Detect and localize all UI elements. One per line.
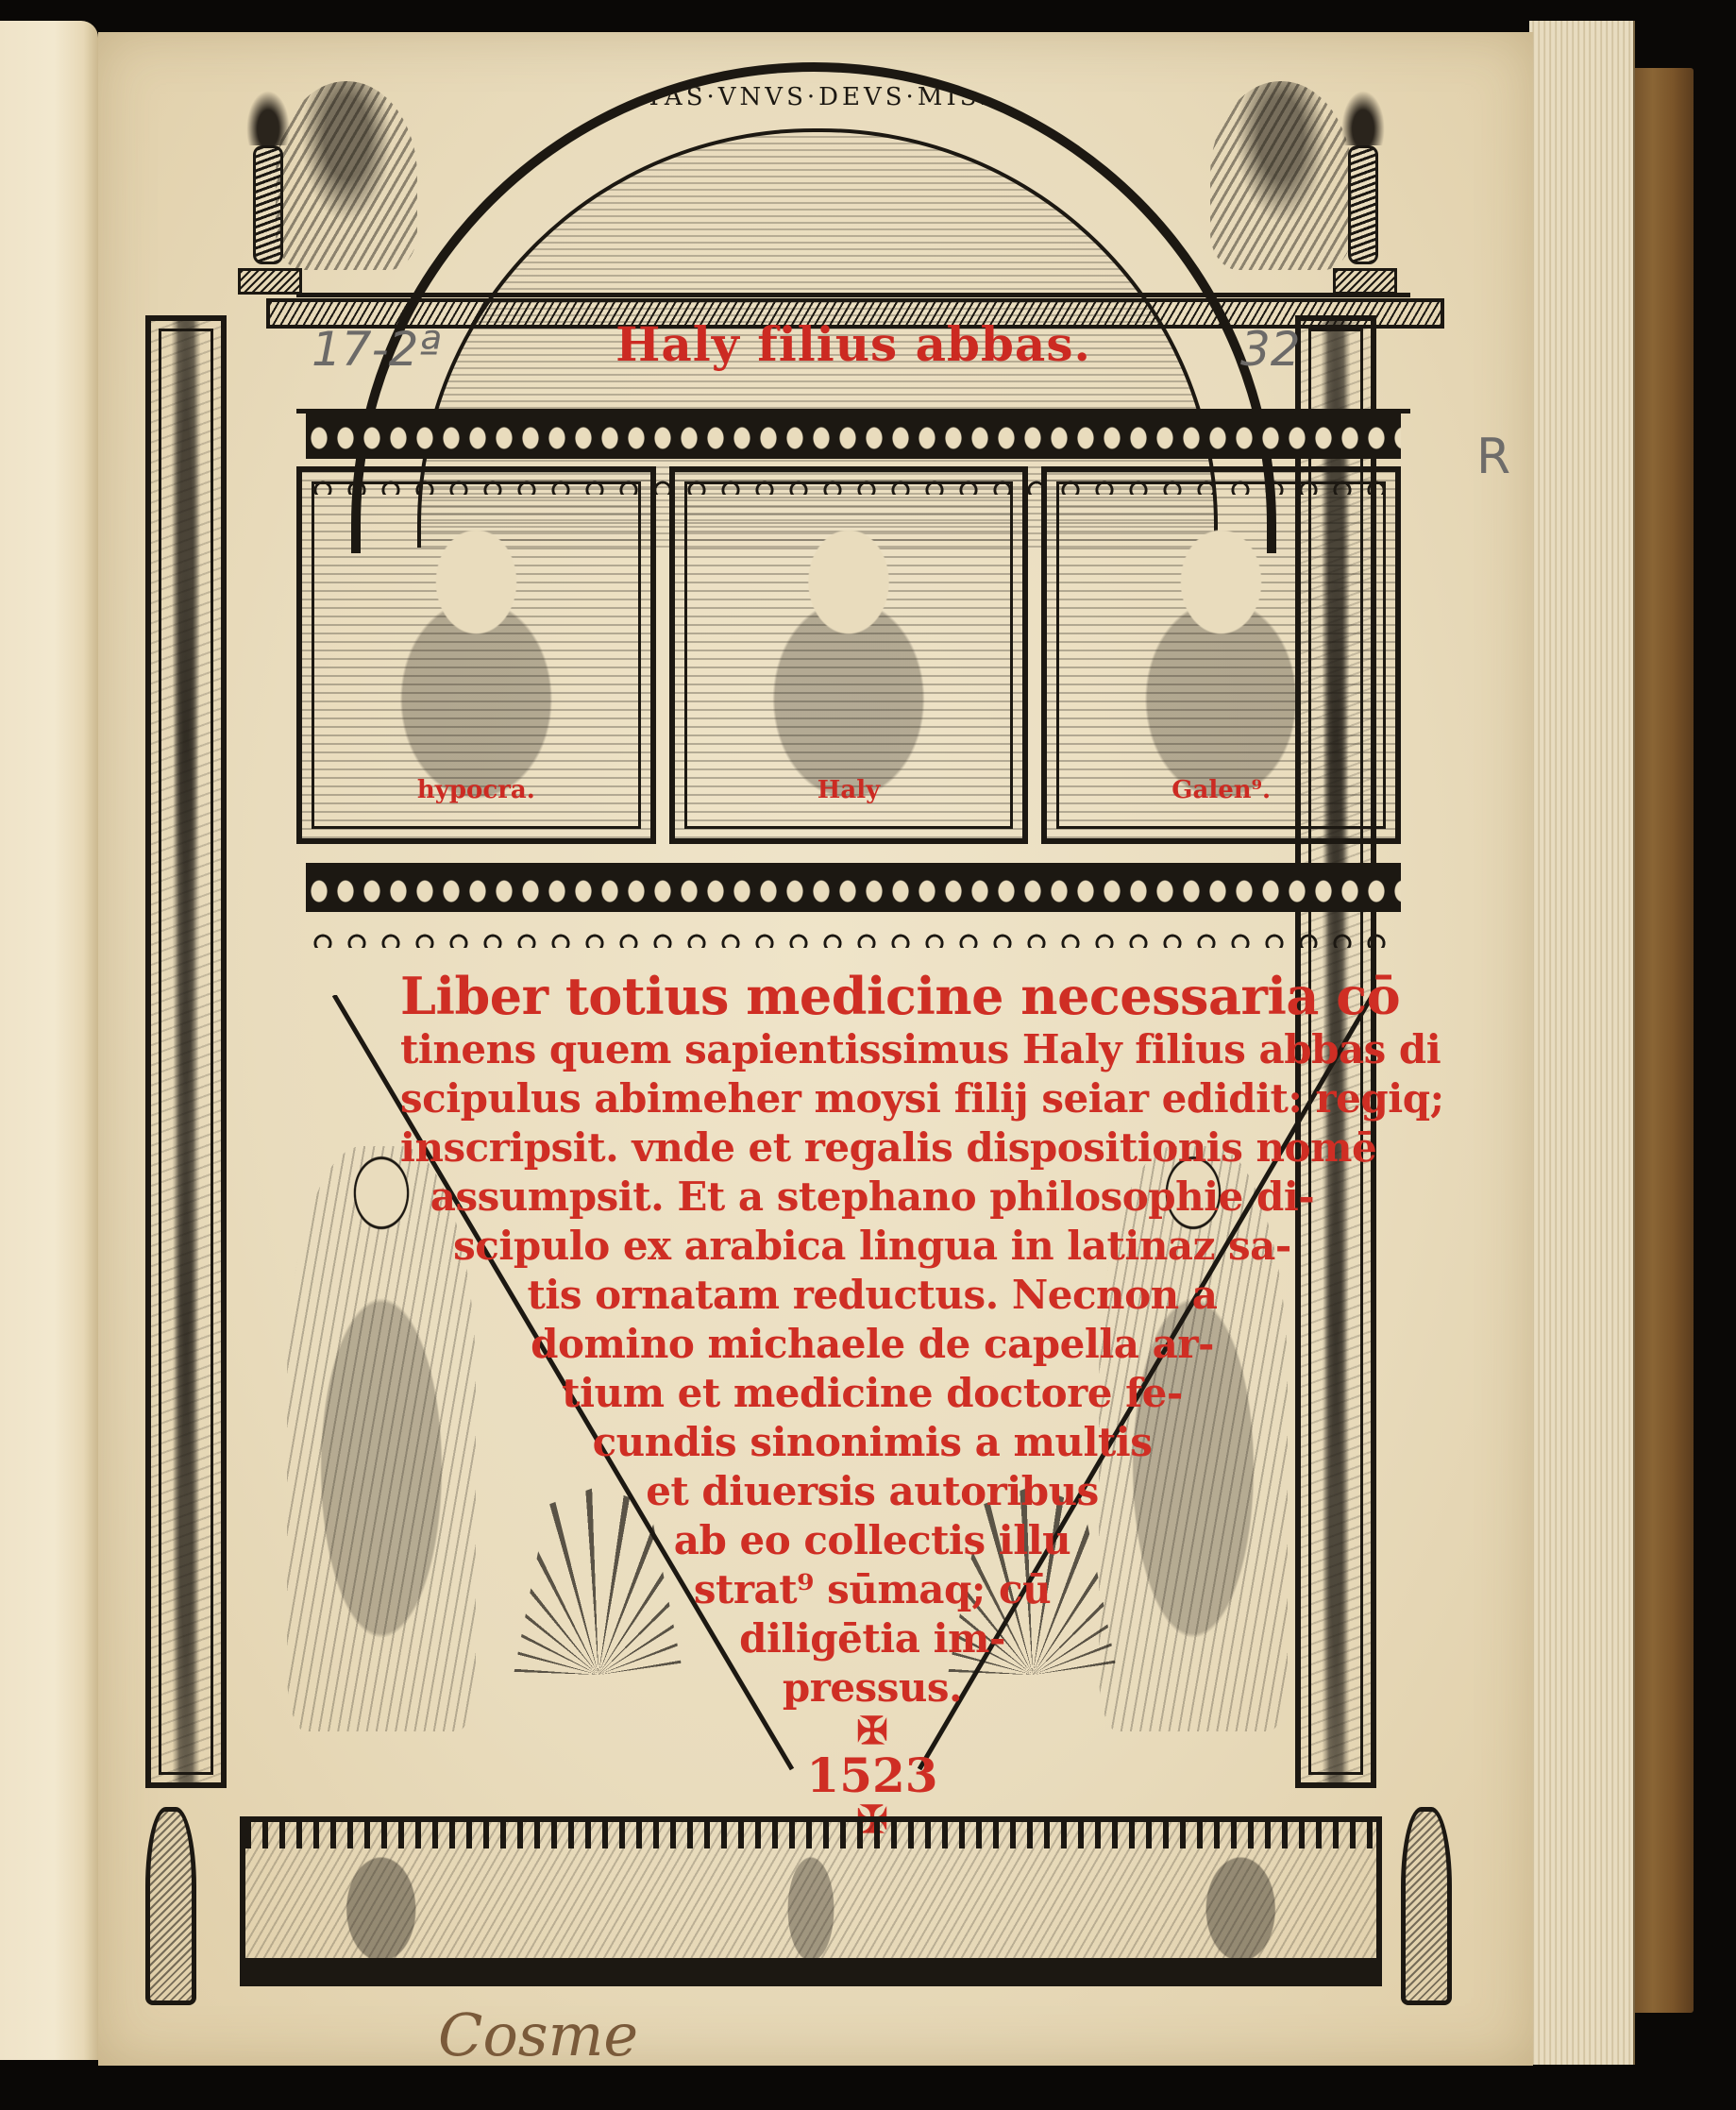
body-line: tis ornatam reductus. Necnon a — [400, 1271, 1344, 1320]
left-ornamental-column — [145, 315, 227, 1788]
baluster-left-icon — [145, 1807, 196, 2005]
panel-hippocrates: hypocra. — [296, 466, 656, 844]
lower-frieze-band — [306, 863, 1401, 948]
bottom-frieze-woodcut — [240, 1816, 1382, 1986]
page-edges — [1529, 21, 1635, 2065]
author-panels: hypocra. Haly Galen⁹. — [296, 466, 1401, 844]
header-title-bar: 17-2ª Haly filius abbas. 32 — [296, 293, 1410, 414]
book-binding — [1626, 68, 1694, 2013]
facing-left-page — [0, 21, 98, 2060]
top-arch-woodcut: SANCTA·TRINITAS·VNVS·DEVS·MISERERE·NOBIS… — [210, 62, 1418, 308]
body-line: cundis sinonimis a multis — [400, 1418, 1344, 1467]
panel-label: hypocra. — [302, 776, 650, 804]
baluster-right-icon — [1401, 1807, 1452, 2005]
body-line: Liber totius medicine necessaria cō — [400, 967, 1344, 1025]
body-line: tinens quem sapientissimus Haly filius a… — [400, 1025, 1344, 1074]
panel-haly: Haly — [669, 466, 1029, 844]
panel-galen: Galen⁹. — [1041, 466, 1401, 844]
body-line: tium et medicine doctore fe- — [400, 1369, 1344, 1418]
imprint-year: 1523 — [400, 1750, 1344, 1801]
body-line: strat⁹ sūmaq; cū — [400, 1565, 1344, 1614]
body-line: ab eo collectis illu — [400, 1516, 1344, 1565]
body-line: domino michaele de capella ar- — [400, 1320, 1344, 1369]
body-line: scipulo ex arabica lingua in latinaz sa- — [400, 1222, 1344, 1271]
ownership-signature: Cosme — [438, 2000, 638, 2069]
body-line: diligētia im- — [400, 1614, 1344, 1663]
cross-icon: ✠ — [400, 1713, 1344, 1750]
panel-label: Galen⁹. — [1047, 776, 1395, 804]
body-line: pressus. — [400, 1663, 1344, 1713]
arch-inscription: SANCTA·TRINITAS·VNVS·DEVS·MISERERE·NOBIS… — [361, 83, 1267, 111]
pencil-margin-note: R — [1476, 429, 1510, 485]
body-line: inscripsit. vnde et regalis dispositioni… — [400, 1123, 1344, 1173]
body-line: assumpsit. Et a stephano philosophie di- — [400, 1173, 1344, 1222]
title-body-text: Liber totius medicine necessaria cō tine… — [400, 967, 1344, 1839]
body-line: scipulus abimeher moysi filij seiar edid… — [400, 1074, 1344, 1123]
title-page: SANCTA·TRINITAS·VNVS·DEVS·MISERERE·NOBIS… — [98, 32, 1533, 2066]
book-scan: SANCTA·TRINITAS·VNVS·DEVS·MISERERE·NOBIS… — [0, 0, 1736, 2110]
pencil-note-right: 32 — [1240, 322, 1301, 377]
body-line: et diuersis autoribus — [400, 1467, 1344, 1516]
panel-label: Haly — [675, 776, 1023, 804]
